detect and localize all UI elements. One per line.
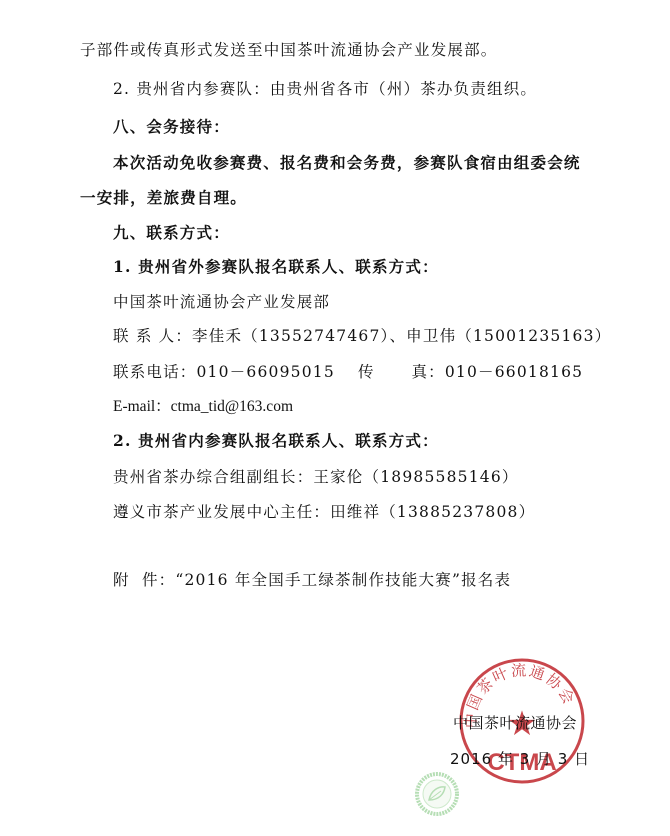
contact-org: 中国茶叶流通协会产业发展部 — [113, 292, 330, 312]
subheading-inside-province: 2. 贵州省内参赛队报名联系人、联系方式： — [113, 431, 439, 451]
paragraph-line: 2. 贵州省内参赛队：由贵州省各市（州）茶办负责组织。 — [113, 79, 537, 99]
paragraph-line: 一安排，差旅费自理。 — [80, 188, 247, 208]
contact-person-zunyi: 遵义市茶产业发展中心主任：田维祥（13885237808） — [113, 502, 535, 522]
contact-email: E-mail：ctma_tid@163.com — [113, 397, 293, 417]
attachment-note: 附 件：“2016 年全国手工绿茶制作技能大赛”报名表 — [113, 570, 511, 590]
contact-persons: 联 系 人：李佳禾（13552747467）、申卫伟（15001235163） — [113, 326, 611, 346]
section-heading-reception: 八、会务接待： — [113, 117, 230, 137]
paragraph-line: 本次活动免收参赛费、报名费和会务费，参赛队食宿由组委会统 — [113, 153, 581, 173]
paragraph-line: 子部件或传真形式发送至中国茶叶流通协会产业发展部。 — [80, 40, 498, 60]
subheading-outside-province: 1. 贵州省外参赛队报名联系人、联系方式： — [113, 257, 439, 277]
contact-person-guizhou: 贵州省茶办综合组副组长：王家伦（18985585146） — [113, 467, 519, 487]
signature-organization: 中国茶叶流通协会 — [453, 712, 577, 733]
contact-fax: 传 真：010－66018165 — [358, 362, 583, 382]
contact-phone: 联系电话：010－66095015 — [113, 362, 335, 382]
signature-date: 2016 年 3 月 3 日 — [450, 748, 590, 769]
section-heading-contact: 九、联系方式： — [113, 223, 230, 243]
watermark-leaf-icon — [415, 772, 459, 816]
